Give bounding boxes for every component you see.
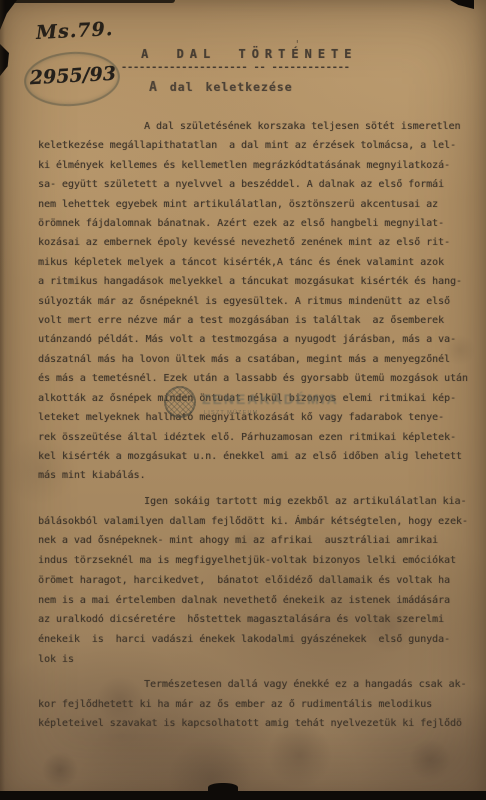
scan-bottom-edge (0, 791, 486, 800)
title-dashed-underline: --------------------- -- ------------- (121, 62, 350, 73)
torn-top-edge (0, 0, 175, 3)
torn-corner-top-right (450, 0, 474, 9)
body-paragraph-1: A dal születésének korszaka teljesen söt… (38, 117, 478, 486)
stray-typewriter-mark: ' (294, 38, 301, 51)
stamp-accession-number: 2955/93 (29, 63, 114, 89)
section-heading: A dal keletkezése (149, 80, 293, 95)
body-paragraph-2: Igen sokáig tartott mig ezekből az artik… (38, 492, 478, 669)
document-title: A DAL TÖRTÉNETE (141, 47, 357, 61)
manuscript-shelf-mark: Ms.79. (35, 18, 113, 44)
scanned-typescript-page: Ms.79. 2955/93 A DAL TÖRTÉNETE ---------… (0, 0, 486, 800)
library-oval-stamp: 2955/93 (22, 49, 122, 110)
bottom-clip-shape (208, 783, 238, 793)
left-edge-shadow (0, 0, 5, 800)
body-paragraph-3: Természetesen dallá vagy énekké ez a han… (38, 675, 478, 734)
